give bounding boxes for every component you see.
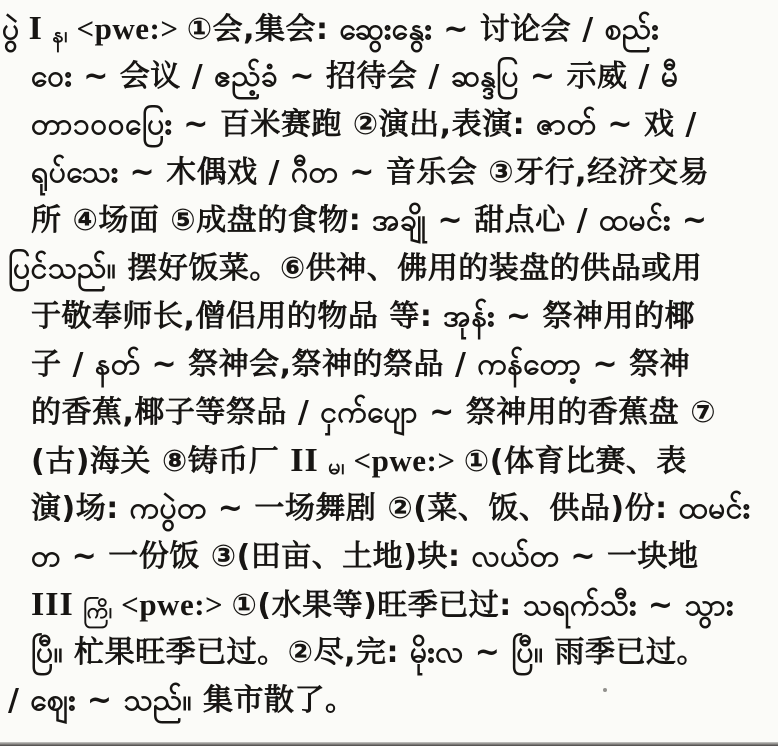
entry-line: 的香蕉,椰子等祭品 / ငှက်ပျော ~ 祭神用的香蕉盘 ⑦ [0, 389, 778, 437]
chinese-gloss: 集市散了。 [192, 683, 355, 718]
burmese-text: ဧည့်ခံ [214, 59, 278, 94]
entry-line: 子 / နတ် ~ 祭神会,祭神的祭品 / ကန်တော့ ~ 祭神 [0, 341, 778, 389]
chinese-gloss: ~ 祭神用的椰 [495, 299, 695, 334]
homonym-roman-numeral: I [19, 10, 52, 47]
pos-abbreviation: မ၊ [328, 455, 345, 480]
dictionary-page: ပွဲ I န၊ <pwe:> ①会,集会: ဆွေးနွေး ~ 讨论会 / … [0, 0, 778, 746]
chinese-gloss: ~ 示威 / [519, 59, 661, 94]
chinese-gloss: ~ 一场舞剧 ②(菜、饭、供品)份: [207, 491, 679, 526]
entry-line: ပြီ။ 杧果旺季已过。②尽,完: မိုးလ ~ ပြီ။ 雨季已过。 [0, 629, 778, 677]
burmese-text: သွား [684, 588, 733, 623]
burmese-text: သည်။ [123, 683, 192, 718]
chinese-gloss: ~ 一份饭 ③(田亩、土地)块: [61, 539, 472, 574]
burmese-text: စည်း [605, 12, 660, 47]
burmese-text: ဂီတ [291, 155, 338, 190]
chinese-gloss: ~ [637, 588, 685, 623]
chinese-gloss: ①(体育比赛、表 [464, 444, 687, 479]
pronunciation: <pwe:> [113, 587, 232, 622]
chinese-gloss: 雨季已过。 [544, 635, 707, 670]
entry-line: တ ~ 一份饭 ③(田亩、土地)块: လယ်တ ~ 一块地 [0, 533, 778, 581]
chinese-gloss: ~ [671, 203, 708, 238]
chinese-gloss: 于敬奉师长,僧侣用的物品 等: [31, 299, 443, 334]
entry-line: III ကြိ၊ <pwe:> ①(水果等)旺季已过: သရက်သီး ~ သွ… [0, 581, 778, 629]
chinese-gloss: ~ 讨论会 / [432, 12, 604, 47]
burmese-text: မိုးလ [410, 635, 464, 670]
chinese-gloss: ①会,集会: [187, 12, 340, 47]
pronunciation: <pwe:> [345, 443, 464, 478]
burmese-text: အုန်း [443, 299, 495, 334]
chinese-gloss: 演)场: [31, 491, 130, 526]
chinese-gloss: / [8, 683, 30, 718]
burmese-text: ပြီ။ [31, 635, 63, 670]
entry-line: ဝေး ~ 会议 / ဧည့်ခံ ~ 招待会 / ဆန္ဒပြ ~ 示威 / … [0, 53, 778, 101]
homonym-roman-numeral: II [290, 442, 328, 479]
scan-speck [603, 688, 607, 692]
chinese-gloss: ~ 百米赛跑 ②演出,表演: [172, 107, 536, 142]
chinese-gloss: ~ 甜点心 / [427, 203, 599, 238]
entry-line: တာ၁၀၀ပြေး ~ 百米赛跑 ②演出,表演: ဇာတ် ~ 戏 / [0, 101, 778, 149]
chinese-gloss: ~ [464, 635, 512, 670]
burmese-text: ဇာတ် [536, 107, 596, 142]
pos-abbreviation: ကြိ၊ [83, 599, 113, 624]
chinese-gloss: 摆好饭菜。⑥供神、佛用的装盘的供品或用 [116, 251, 702, 286]
chinese-gloss: ~ 一块地 [559, 539, 698, 574]
burmese-text: ပြီ။ [511, 635, 543, 670]
headword: ပွဲ [2, 12, 19, 47]
chinese-gloss: ~ 祭神 [582, 347, 691, 382]
burmese-text: သရက်သီး [523, 588, 637, 623]
entry-line: 于敬奉师长,僧侣用的物品 等: အုန်း ~ 祭神用的椰 [0, 293, 778, 341]
chinese-gloss: ~ 音乐会 ③牙行,经济交易 [338, 155, 709, 190]
entry-line: ပြင်သည်။ 摆好饭菜。⑥供神、佛用的装盘的供品或用 [0, 245, 778, 293]
burmese-text: အချို [372, 203, 426, 238]
burmese-text: တာ၁၀၀ပြေး [31, 107, 172, 142]
entry-line: (古)海关 ⑧铸币厂 II မ၊ <pwe:> ①(体育比赛、表 [0, 437, 778, 485]
chinese-gloss: 所 ④场面 ⑤成盘的食物: [31, 203, 372, 238]
chinese-gloss: ①(水果等)旺季已过: [231, 588, 522, 623]
entry-line: 所 ④场面 ⑤成盘的食物: အချို ~ 甜点心 / ထမင်း ~ [0, 197, 778, 245]
burmese-text: ကန်တော့ [477, 347, 581, 382]
burmese-text: ငှက်ပျော [320, 395, 418, 430]
chinese-gloss: ~ 祭神用的香蕉盘 ⑦ [418, 395, 716, 430]
burmese-text: ကပွဲတ [130, 491, 207, 526]
burmese-text: ဆန္ဒပြ [451, 59, 519, 94]
entry-line: ပွဲ I န၊ <pwe:> ①会,集会: ဆွေးနွေး ~ 讨论会 / … [0, 5, 778, 53]
burmese-text: ထမင်း [599, 203, 671, 238]
chinese-gloss: 杧果旺季已过。②尽,完: [63, 635, 410, 670]
chinese-gloss: ~ 木偶戏 / [119, 155, 291, 190]
entry-text: ပွဲ I န၊ <pwe:> ①会,集会: ဆွေးနွေး ~ 讨论会 / … [0, 0, 778, 725]
entry-line: / ဈေး ~ သည်။ 集市散了。 [0, 677, 778, 725]
chinese-gloss: ~ 戏 / [596, 107, 696, 142]
scan-edge [0, 742, 778, 746]
burmese-text: ဈေး [30, 683, 76, 718]
chinese-gloss: ~ 祭神会,祭神的祭品 / [141, 347, 478, 382]
chinese-gloss: 子 / [31, 347, 95, 382]
entry-line: ရုပ်သေး ~ 木偶戏 / ဂီတ ~ 音乐会 ③牙行,经济交易 [0, 149, 778, 197]
burmese-text: မီ [661, 59, 679, 94]
entry-line: 演)场: ကပွဲတ ~ 一场舞剧 ②(菜、饭、供品)份: ထမင်း [0, 485, 778, 533]
burmese-text: ဆွေးနွေး [340, 12, 433, 47]
burmese-text: ထမင်း [679, 491, 751, 526]
chinese-gloss: 的香蕉,椰子等祭品 / [31, 395, 320, 430]
chinese-gloss: (古)海关 ⑧铸币厂 [31, 444, 290, 479]
burmese-text: တ [31, 539, 61, 574]
burmese-text: လယ်တ [471, 539, 559, 574]
pos-abbreviation: န၊ [52, 23, 68, 48]
chinese-gloss: ~ [76, 683, 124, 718]
pronunciation: <pwe:> [68, 11, 187, 46]
homonym-roman-numeral: III [31, 586, 83, 623]
burmese-text: နတ် [95, 347, 141, 382]
burmese-text: ဝေး [31, 59, 72, 94]
chinese-gloss: ~ 会议 / [72, 59, 214, 94]
burmese-text: ရုပ်သေး [31, 155, 119, 190]
burmese-text: ပြင်သည်။ [8, 251, 116, 286]
chinese-gloss: ~ 招待会 / [278, 59, 450, 94]
